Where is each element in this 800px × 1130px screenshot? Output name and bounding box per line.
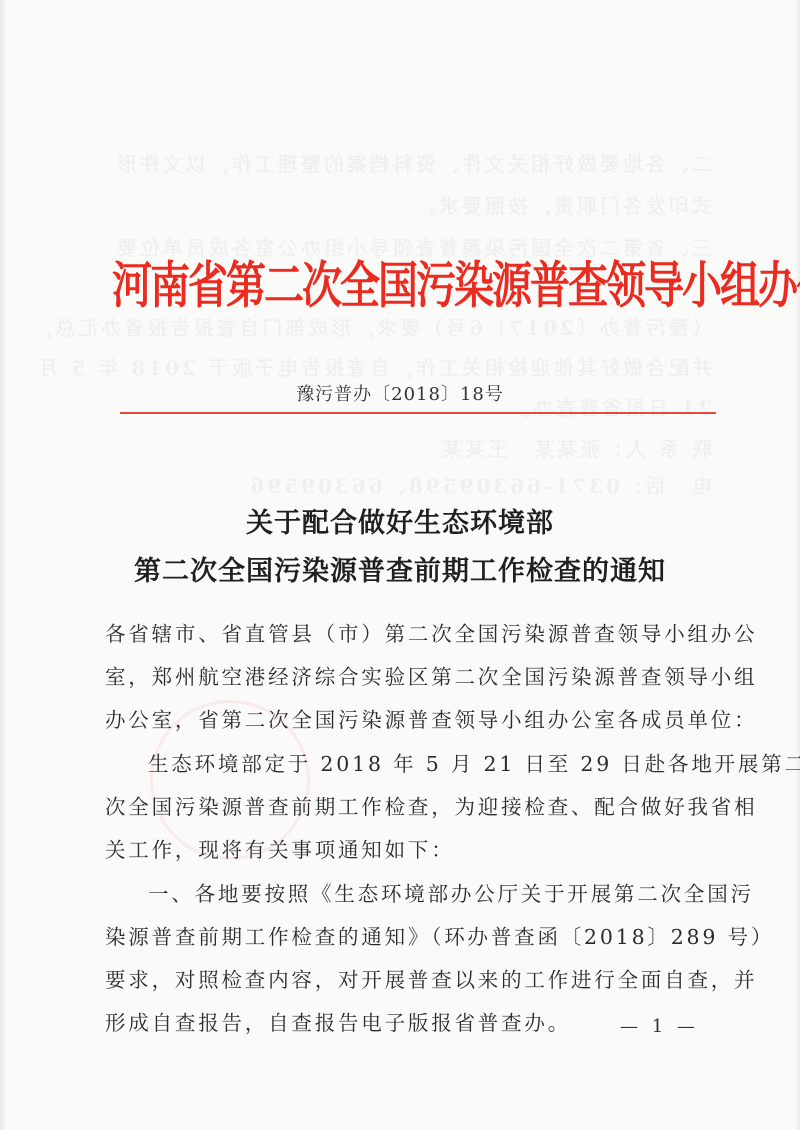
body-line: 次全国污染源普查前期工作检查，为迎接检查、配合做好我省相 [105,792,715,822]
document-title-line-2: 第二次全国污染源普查前期工作检查的通知 [0,549,800,588]
bleed-through-text: 并配合做好其他迎检相关工作，自查报告电子版于 2018 年 5 月 [112,352,712,381]
document-title-line-1: 关于配合做好生态环境部 [0,501,800,540]
body-line: 要求，对照检查内容，对开展普查以来的工作进行全面自查，并 [105,965,715,995]
page-number: — 1 — [620,1016,699,1037]
body-line: 各省辖市、省直管县（市）第二次全国污染源普查领导小组办公 [105,619,715,649]
bleed-through-text: 二、各地要做好相关文件、资料档案的整理工作，以文件形 [112,148,712,177]
issuer-header: 河南省第二次全国污染源普查领导小组办公室文件 [112,246,704,326]
body-line: 关工作，现将有关事项通知如下： [105,835,715,865]
body-line: 一、各地要按照《生态环境部办公厅关于开展第二次全国污 [148,879,758,909]
bleed-through-text: 联 系 人：张某某 王某某 [112,433,712,462]
red-divider-rule [120,412,716,414]
body-line: 生态环境部定于 2018 年 5 月 21 日至 29 日赴各地开展第二 [148,749,758,779]
document-page: 二、各地要做好相关文件、资料档案的整理工作，以文件形 式印发各门职责，按照要求。… [0,0,800,1130]
body-line: 室，郑州航空港经济综合实验区第二次全国污染源普查领导小组 [105,662,715,692]
bleed-through-text: 电 话：0371-66309598、66309596 [112,470,712,499]
document-number: 豫污普办〔2018〕18号 [0,380,800,406]
body-line: 办公室，省第二次全国污染源普查领导小组办公室各成员单位： [105,705,715,735]
bleed-through-text: 式印发各门职责，按照要求。 [112,190,712,219]
body-line: 染源普查前期工作检查的通知》（环办普查函〔2018〕289 号） [105,922,715,952]
